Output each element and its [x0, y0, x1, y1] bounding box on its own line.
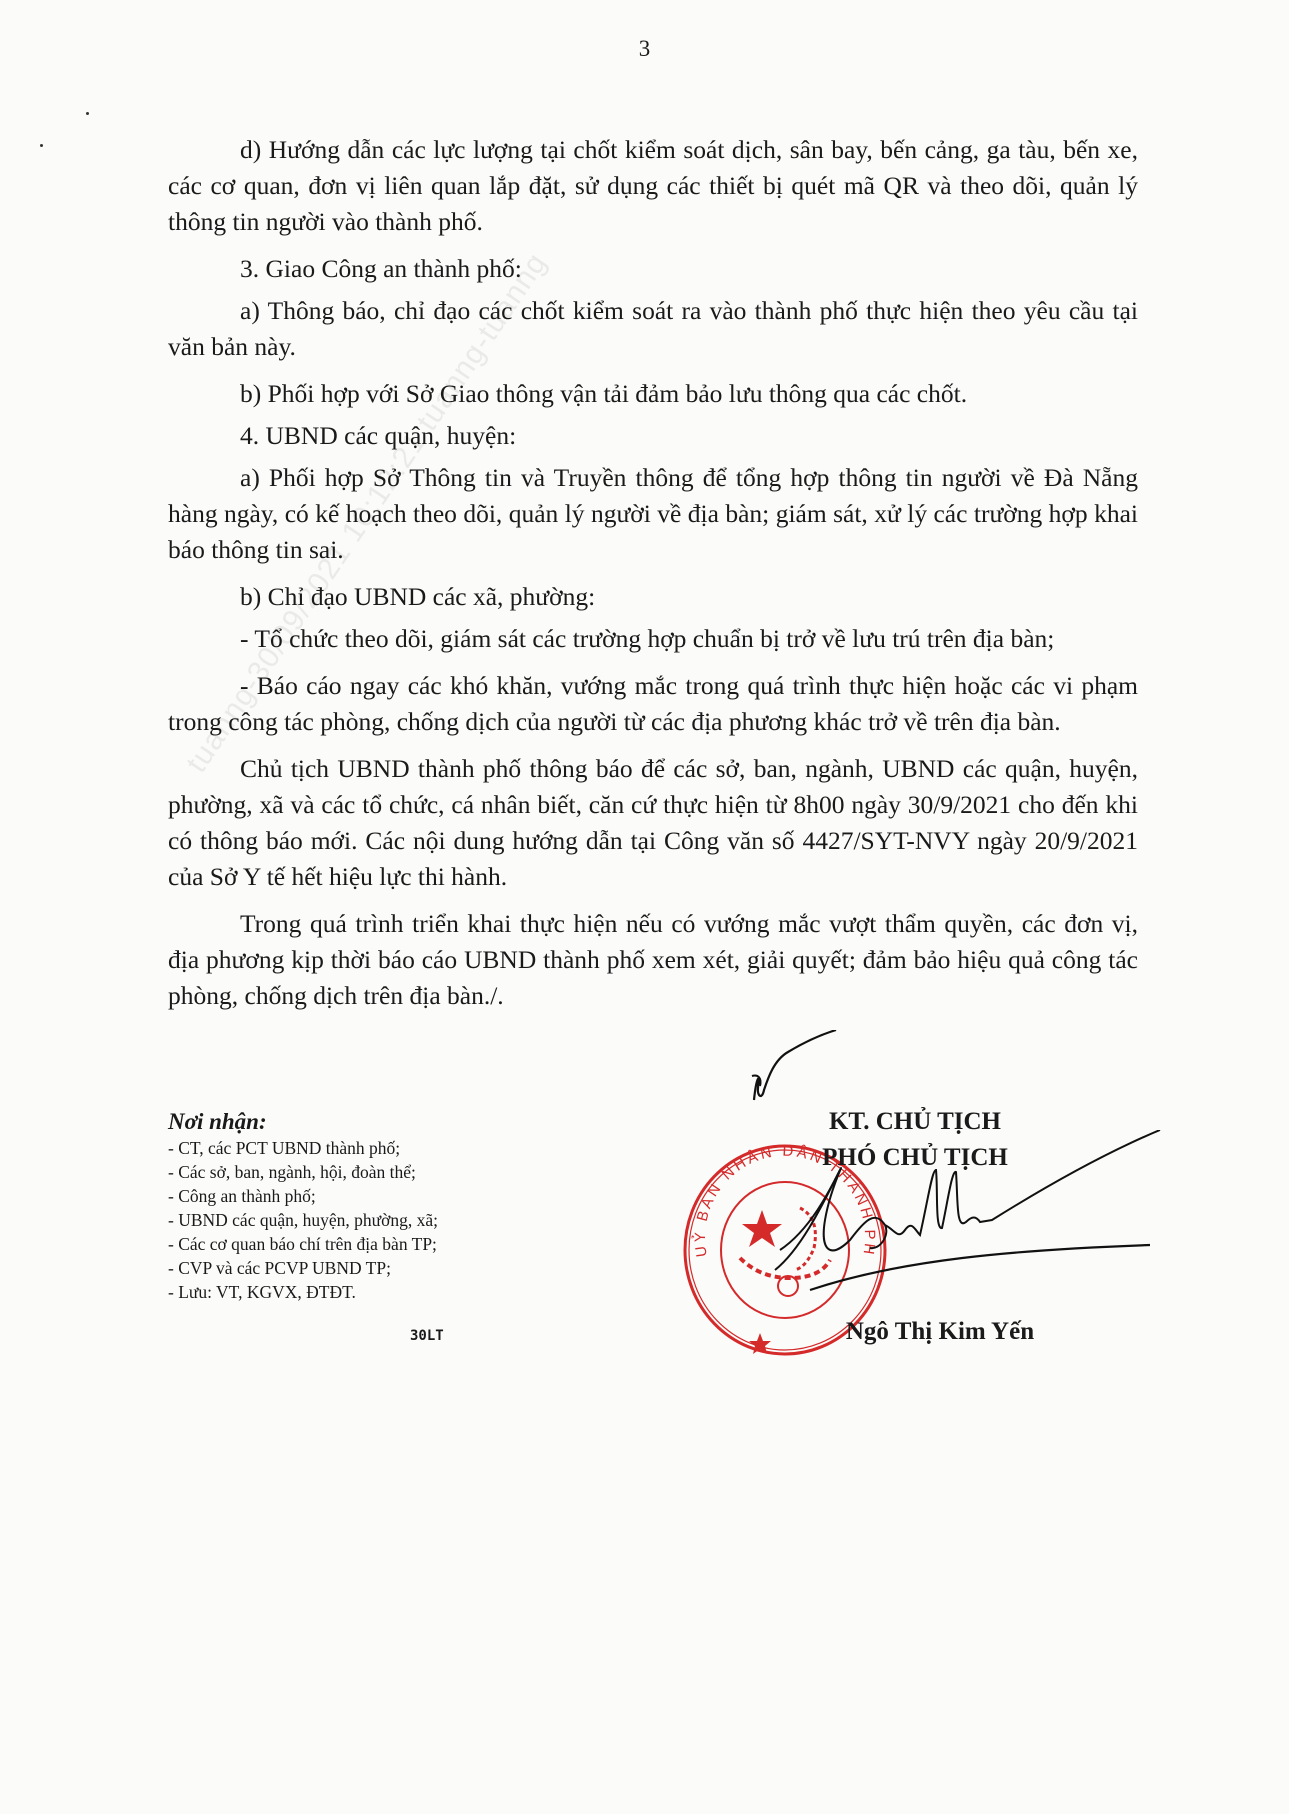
recipient-item: - CT, các PCT UBND thành phố; [168, 1136, 588, 1160]
paragraph-4b: b) Chỉ đạo UBND các xã, phường: [168, 579, 1138, 615]
recipients-heading: Nơi nhận: [168, 1108, 588, 1136]
paragraph-announcement: Chủ tịch UBND thành phố thông báo để các… [168, 751, 1138, 895]
section-4-heading: 4. UBND các quận, huyện: [168, 418, 1138, 454]
recipient-item: - CVP và các PCVP UBND TP; [168, 1256, 588, 1280]
recipient-item: - Công an thành phố; [168, 1184, 588, 1208]
paragraph-closing: Trong quá trình triển khai thực hiện nếu… [168, 906, 1138, 1014]
recipient-item: - Các cơ quan báo chí trên địa bàn TP; [168, 1232, 588, 1256]
paragraph-3b-police: b) Phối hợp với Sở Giao thông vận tải đả… [168, 376, 1138, 412]
paragraph-3a-police: a) Thông báo, chỉ đạo các chốt kiểm soát… [168, 293, 1138, 365]
initial-mark-icon [748, 1030, 838, 1110]
recipient-item: - UBND các quận, huyện, phường, xã; [168, 1208, 588, 1232]
section-3-heading: 3. Giao Công an thành phố: [168, 251, 1138, 287]
bullet-monitoring: - Tổ chức theo dõi, giám sát các trường … [168, 621, 1138, 657]
page-number: 3 [0, 36, 1289, 62]
recipient-item: - Các sở, ban, ngành, hội, đoàn thể; [168, 1160, 588, 1184]
paragraph-4a: a) Phối hợp Sở Thông tin và Truyền thông… [168, 460, 1138, 568]
scan-speck [40, 144, 43, 147]
paragraph-3d: d) Hướng dẫn các lực lượng tại chốt kiểm… [168, 132, 1138, 240]
signature-icon [680, 1130, 1180, 1330]
handwritten-note: 30LT [410, 1324, 444, 1348]
scan-speck [86, 112, 89, 115]
recipients-block: Nơi nhận: - CT, các PCT UBND thành phố; … [168, 1108, 588, 1304]
document-body: d) Hướng dẫn các lực lượng tại chốt kiểm… [168, 132, 1138, 1014]
signer-name: Ngô Thị Kim Yến [790, 1318, 1090, 1346]
bullet-reporting: - Báo cáo ngay các khó khăn, vướng mắc t… [168, 668, 1138, 740]
recipient-item: - Lưu: VT, KGVX, ĐTĐT. [168, 1280, 588, 1304]
